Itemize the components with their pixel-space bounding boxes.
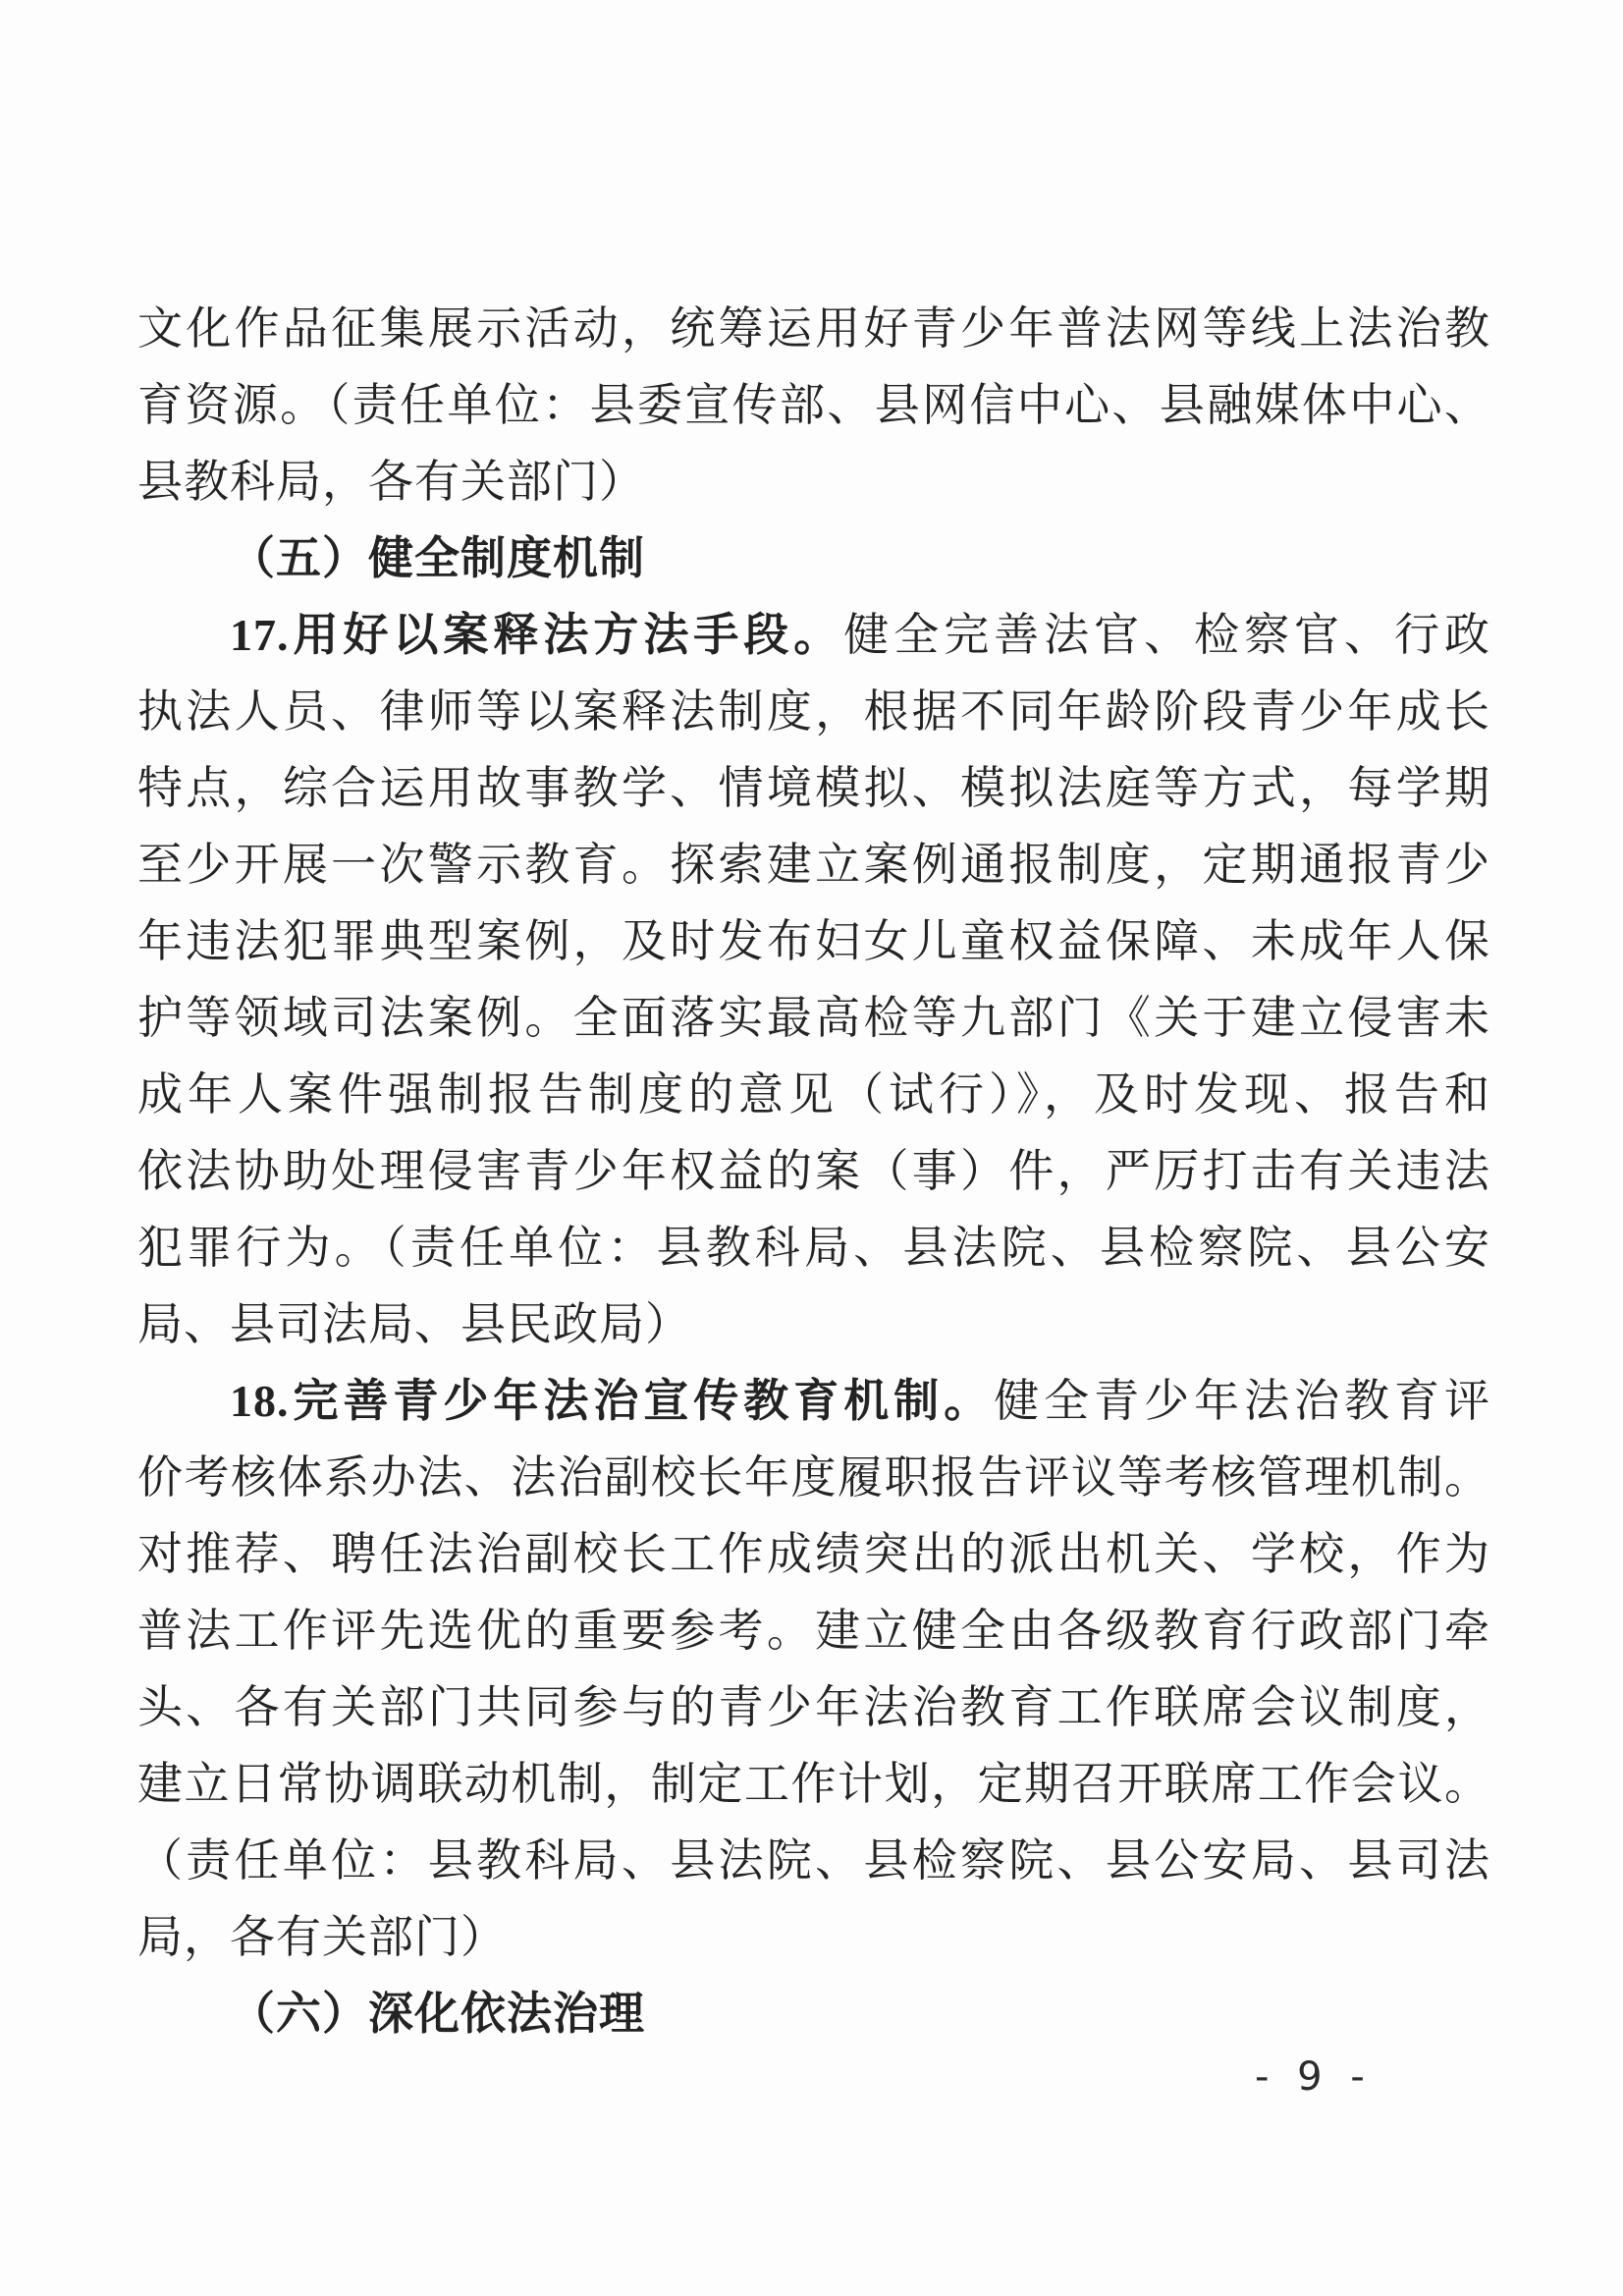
text-line: 头、各有关部门共同参与的青少年法治教育工作联席会议制度， <box>137 1669 1490 1746</box>
text-line-text: 价考核体系办法、法治副校长年度履职报告评议等考核管理机制。 <box>137 1452 1490 1503</box>
text-line-text: 犯罪行为。（责任单位：县教科局、县法院、县检察院、县公安 <box>137 1223 1490 1273</box>
text-line: 建立日常协调联动机制，制定工作计划，定期召开联席工作会议。 <box>137 1746 1490 1823</box>
section-heading-label: （六）深化依法治理 <box>230 1989 645 2039</box>
text-line: 局，各有关部门） <box>137 1899 1490 1976</box>
document-body: 文化作品征集展示活动，统筹运用好青少年普法网等线上法治教 育资源。（责任单位：县… <box>137 291 1490 2052</box>
page-number: - 9 - <box>1255 2054 1373 2100</box>
text-line: 普法工作评先选优的重要参考。建立健全由各级教育行政部门牵 <box>137 1593 1490 1669</box>
text-line-text: 至少开展一次警示教育。探索建立案例通报制度，定期通报青少 <box>137 840 1490 890</box>
text-line-text: 局，各有关部门） <box>137 1912 507 1962</box>
item-17-title-line: 17.用好以案释法方法手段。健全完善法官、检察官、行政 <box>137 597 1490 674</box>
text-line-text: 执法人员、律师等以案释法制度，根据不同年龄阶段青少年成长 <box>137 686 1490 737</box>
text-line: 对推荐、聘任法治副校长工作成绩突出的派出机关、学校，作为 <box>137 1516 1490 1593</box>
text-line-text: 成年人案件强制报告制度的意见（试行）》，及时发现、报告和 <box>137 1069 1490 1120</box>
text-line-text: 普法工作评先选优的重要参考。建立健全由各级教育行政部门牵 <box>137 1606 1490 1656</box>
text-line: 至少开展一次警示教育。探索建立案例通报制度，定期通报青少 <box>137 827 1490 903</box>
text-line-text: （责任单位：县教科局、县法院、县检察院、县公安局、县司法 <box>137 1835 1490 1886</box>
text-line-text: 文化作品征集展示活动，统筹运用好青少年普法网等线上法治教 <box>137 303 1490 354</box>
text-line-text: 建立日常协调联动机制，制定工作计划，定期召开联席工作会议。 <box>137 1759 1490 1809</box>
text-line: 价考核体系办法、法治副校长年度履职报告评议等考核管理机制。 <box>137 1440 1490 1516</box>
item-17-title: 17.用好以案释法方法手段。 <box>230 610 843 660</box>
section-heading-6: （六）深化依法治理 <box>137 1976 1490 2052</box>
text-line-text: 对推荐、聘任法治副校长工作成绩突出的派出机关、学校，作为 <box>137 1529 1490 1579</box>
section-heading-label: （五）健全制度机制 <box>230 533 645 583</box>
text-line-text: 健全完善法官、检察官、行政 <box>843 610 1490 660</box>
text-line: 育资源。（责任单位：县委宣传部、县网信中心、县融媒体中心、 <box>137 367 1490 444</box>
text-line-text: 依法协助处理侵害青少年权益的案（事）件，严厉打击有关违法 <box>137 1146 1490 1196</box>
text-line: 执法人员、律师等以案释法制度，根据不同年龄阶段青少年成长 <box>137 674 1490 750</box>
item-18-title: 18.完善青少年法治宣传教育机制。 <box>230 1376 994 1426</box>
text-line-text: 育资源。（责任单位：县委宣传部、县网信中心、县融媒体中心、 <box>137 380 1490 430</box>
text-line-text: 特点，综合运用故事教学、情境模拟、模拟法庭等方式，每学期 <box>137 763 1490 813</box>
text-line: 犯罪行为。（责任单位：县教科局、县法院、县检察院、县公安 <box>137 1210 1490 1286</box>
text-line: 局、县司法局、县民政局） <box>137 1286 1490 1363</box>
item-18-title-line: 18.完善青少年法治宣传教育机制。健全青少年法治教育评 <box>137 1363 1490 1440</box>
text-line-text: 年违法犯罪典型案例，及时发布妇女儿童权益保障、未成年人保 <box>137 916 1490 966</box>
text-line-text: 护等领域司法案例。全面落实最高检等九部门《关于建立侵害未 <box>137 993 1490 1043</box>
text-line: 文化作品征集展示活动，统筹运用好青少年普法网等线上法治教 <box>137 291 1490 367</box>
text-line: 依法协助处理侵害青少年权益的案（事）件，严厉打击有关违法 <box>137 1133 1490 1210</box>
text-line-text: 头、各有关部门共同参与的青少年法治教育工作联席会议制度， <box>137 1682 1490 1732</box>
text-line: 成年人案件强制报告制度的意见（试行）》，及时发现、报告和 <box>137 1057 1490 1133</box>
section-heading-5: （五）健全制度机制 <box>137 520 1490 597</box>
text-line: 年违法犯罪典型案例，及时发布妇女儿童权益保障、未成年人保 <box>137 903 1490 980</box>
text-line: 护等领域司法案例。全面落实最高检等九部门《关于建立侵害未 <box>137 980 1490 1057</box>
text-line: 特点，综合运用故事教学、情境模拟、模拟法庭等方式，每学期 <box>137 750 1490 827</box>
text-line-text: 局、县司法局、县民政局） <box>137 1299 691 1349</box>
text-line: 县教科局，各有关部门） <box>137 444 1490 520</box>
text-line-text: 健全青少年法治教育评 <box>994 1376 1490 1426</box>
text-line: （责任单位：县教科局、县法院、县检察院、县公安局、县司法 <box>137 1823 1490 1899</box>
text-line-text: 县教科局，各有关部门） <box>137 457 645 507</box>
document-page: 文化作品征集展示活动，统筹运用好青少年普法网等线上法治教 育资源。（责任单位：县… <box>0 0 1623 2296</box>
